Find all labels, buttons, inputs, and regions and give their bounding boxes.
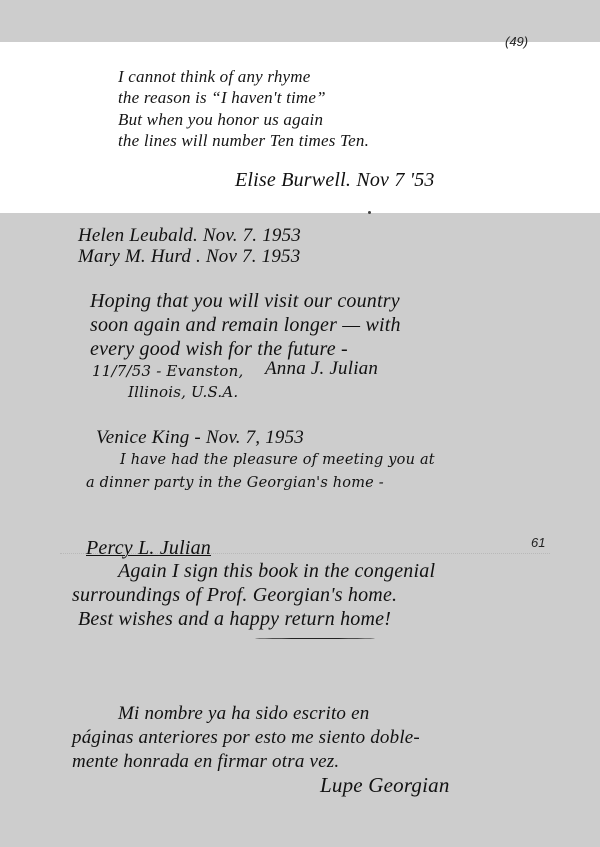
signature-elise-burwell: Elise Burwell. Nov 7 '53: [235, 169, 435, 192]
message-line-1: Mi nombre ya ha sido escrito en: [118, 703, 369, 725]
poem-line-2: the reason is “I haven't time”: [118, 88, 326, 108]
page-number: (49): [505, 34, 528, 49]
pen-flourish: [255, 638, 375, 639]
message-line-1: Again I sign this book in the congenial: [118, 560, 435, 583]
margin-number: 61: [531, 535, 545, 550]
poem-line-1: I cannot think of any rhyme: [118, 67, 311, 87]
signature-anna-julian: Anna J. Julian: [265, 358, 378, 380]
signature-lupe-georgian: Lupe Georgian: [320, 773, 450, 798]
date-place: 11/7/53 - Evanston,: [92, 362, 243, 380]
message-line-2: surroundings of Prof. Georgian's home.: [72, 584, 397, 607]
message-line-3: Best wishes and a happy return home!: [78, 608, 391, 631]
message-line-2: a dinner party in the Georgian's home -: [86, 475, 384, 491]
signature-percy-julian: Percy L. Julian: [86, 537, 211, 560]
message-line-2: páginas anteriores por esto me siento do…: [72, 727, 420, 749]
message-line-2: soon again and remain longer — with: [90, 314, 401, 337]
signature-venice-king: Venice King - Nov. 7, 1953: [96, 427, 304, 449]
message-line-1: I have had the pleasure of meeting you a…: [120, 452, 435, 468]
place-line-2: Illinois, U.S.A.: [128, 383, 238, 401]
signature-mary-hurd: Mary M. Hurd . Nov 7. 1953: [78, 246, 300, 268]
message-line-3: mente honrada en firmar otra vez.: [72, 751, 339, 773]
poem-line-3: But when you honor us again: [118, 110, 323, 130]
ink-speck: [368, 211, 371, 214]
signature-helen-leubald: Helen Leubald. Nov. 7. 1953: [78, 225, 301, 247]
message-line-1: Hoping that you will visit our country: [90, 290, 400, 313]
poem-line-4: the lines will number Ten times Ten.: [118, 131, 369, 151]
